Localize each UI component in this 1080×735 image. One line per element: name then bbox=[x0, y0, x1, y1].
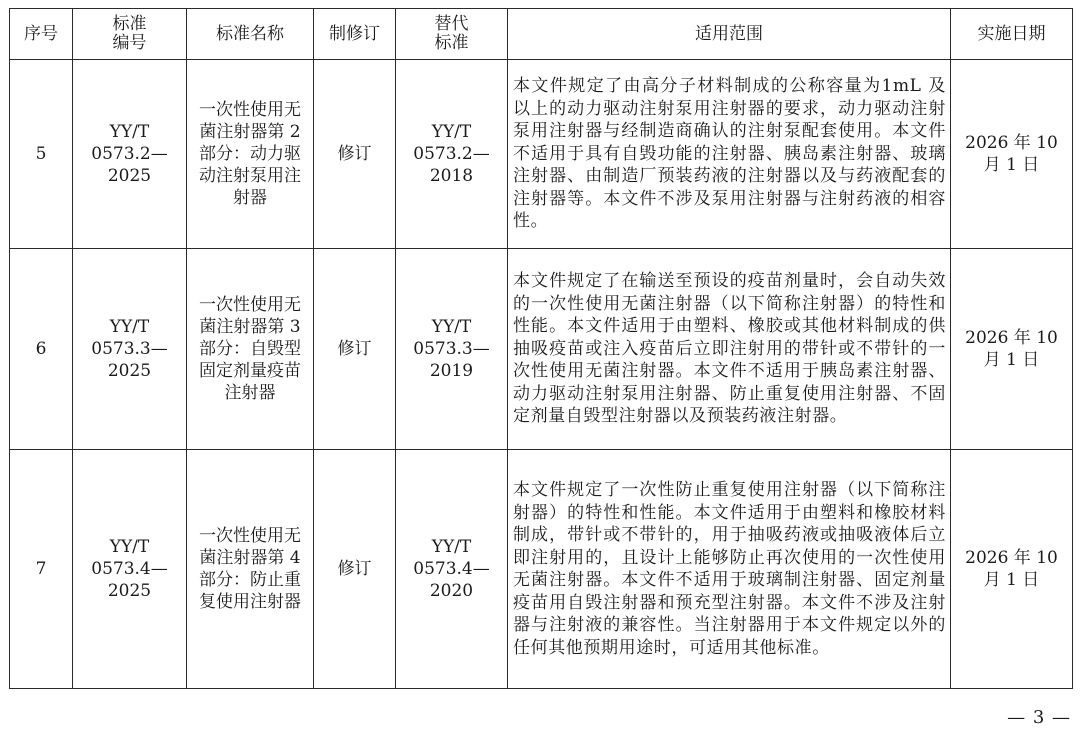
table-row: 6 YY/T 0573.3— 2025 一次性使用无菌注射器第 3 部分：自毁型… bbox=[10, 249, 1073, 450]
header-index: 序号 bbox=[10, 9, 73, 60]
cell-standard-number: YY/T 0573.2— 2025 bbox=[73, 60, 187, 249]
header-standard-number: 标准 编号 bbox=[73, 9, 187, 60]
cell-replaces: YY/T 0573.4— 2020 bbox=[396, 450, 508, 689]
cell-standard-number: YY/T 0573.4— 2025 bbox=[73, 450, 187, 689]
cell-revision-type: 修订 bbox=[314, 249, 396, 450]
standards-table: 序号 标准 编号 标准名称 制修订 替代 标准 适用范围 实施日期 5 YY/T… bbox=[9, 8, 1073, 689]
cell-effective-date: 2026 年 10 月 1 日 bbox=[951, 450, 1073, 689]
header-scope: 适用范围 bbox=[508, 9, 951, 60]
header-row: 序号 标准 编号 标准名称 制修订 替代 标准 适用范围 实施日期 bbox=[10, 9, 1073, 60]
page-number: — 3 — bbox=[1007, 707, 1071, 728]
cell-index: 6 bbox=[10, 249, 73, 450]
header-effective-date: 实施日期 bbox=[951, 9, 1073, 60]
cell-scope: 本文件规定了一次性防止重复使用注射器（以下简称注射器）的特性和性能。本文件适用于… bbox=[508, 450, 951, 689]
cell-standard-number: YY/T 0573.3— 2025 bbox=[73, 249, 187, 450]
cell-effective-date: 2026 年 10 月 1 日 bbox=[951, 60, 1073, 249]
cell-standard-name: 一次性使用无菌注射器第 2 部分：动力驱动注射泵用注射器 bbox=[187, 60, 314, 249]
cell-replaces: YY/T 0573.2— 2018 bbox=[396, 60, 508, 249]
table-row: 7 YY/T 0573.4— 2025 一次性使用无菌注射器第 4 部分：防止重… bbox=[10, 450, 1073, 689]
cell-index: 5 bbox=[10, 60, 73, 249]
cell-scope: 本文件规定了在输送至预设的疫苗剂量时，会自动失效的一次性使用无菌注射器（以下简称… bbox=[508, 249, 951, 450]
header-replaces: 替代 标准 bbox=[396, 9, 508, 60]
cell-scope: 本文件规定了由高分子材料制成的公称容量为1mL 及以上的动力驱动注射泵用注射器的… bbox=[508, 60, 951, 249]
cell-standard-name: 一次性使用无菌注射器第 4 部分：防止重复使用注射器 bbox=[187, 450, 314, 689]
header-standard-name: 标准名称 bbox=[187, 9, 314, 60]
cell-effective-date: 2026 年 10 月 1 日 bbox=[951, 249, 1073, 450]
cell-index: 7 bbox=[10, 450, 73, 689]
cell-revision-type: 修订 bbox=[314, 60, 396, 249]
cell-revision-type: 修订 bbox=[314, 450, 396, 689]
table-row: 5 YY/T 0573.2— 2025 一次性使用无菌注射器第 2 部分：动力驱… bbox=[10, 60, 1073, 249]
cell-standard-name: 一次性使用无菌注射器第 3 部分：自毁型固定剂量疫苗注射器 bbox=[187, 249, 314, 450]
header-revision-type: 制修订 bbox=[314, 9, 396, 60]
cell-replaces: YY/T 0573.3— 2019 bbox=[396, 249, 508, 450]
